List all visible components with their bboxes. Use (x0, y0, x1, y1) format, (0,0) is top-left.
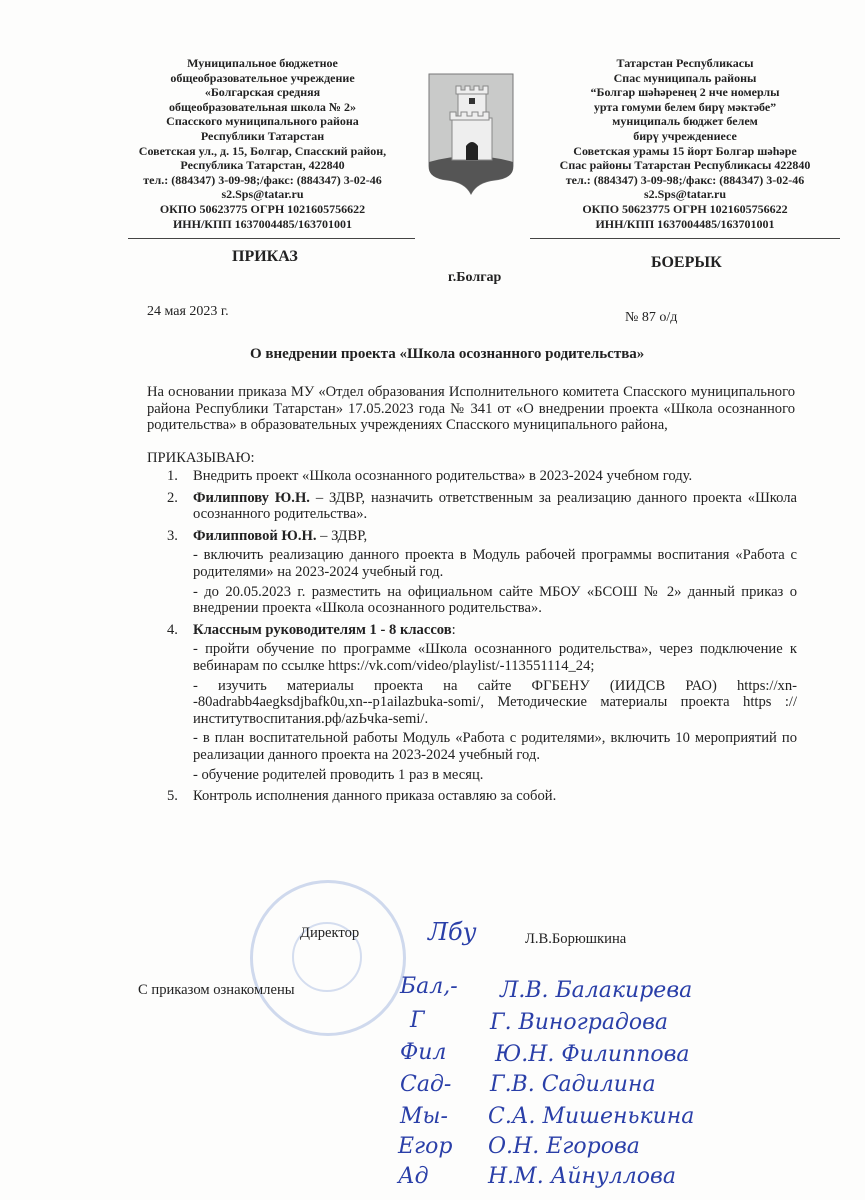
header-left-block: Муниципальное бюджетное общеобразователь… (125, 56, 400, 231)
ack-initials: Ад (398, 1164, 429, 1189)
order-item: 2. Филиппову Ю.Н. – ЗДВР, назначить отве… (147, 490, 797, 523)
header-left-line: Спасского муниципального района (125, 114, 400, 129)
header-left-line: Муниципальное бюджетное (125, 56, 400, 71)
header-left-divider (128, 238, 415, 239)
ack-initials: Егор (398, 1134, 453, 1159)
header-right-line: Спас районы Татарстан Республикасы 42284… (535, 158, 835, 173)
header-left-line: общеобразовательная школа № 2» (125, 100, 400, 115)
header-right-line: ИНН/КПП 1637004485/163701001 (535, 217, 835, 232)
order-items: 1. Внедрить проект «Школа осознанного ро… (147, 468, 797, 810)
item-text: Внедрить проект «Школа осознанного родит… (193, 468, 692, 484)
header-right-line: урта гомуми белем бирү мәктәбе” (535, 100, 835, 115)
order-item: 5. Контроль исполнения данного приказа о… (147, 788, 797, 805)
ack-name: О.Н. Егорова (488, 1134, 640, 1159)
item-number: 1. (167, 468, 178, 485)
director-role: Директор (300, 925, 359, 942)
ack-initials: Г (410, 1008, 425, 1033)
doc-number: № 87 о/д (625, 310, 677, 326)
ack-initials: Бал,- (400, 974, 458, 999)
item-subpoint: - в план воспитательной работы Модуль «Р… (193, 730, 797, 763)
item-responsible: Филиппову Ю.Н. (193, 490, 310, 506)
header-right-line: s2.Sps@tatar.ru (535, 187, 835, 202)
header-left-line: тел.: (884347) 3-09-98;/факс: (884347) 3… (125, 173, 400, 188)
header-right-line: муниципаль бюджет белем (535, 114, 835, 129)
header-right-block: Татарстан Республикасы Спас муниципаль р… (535, 56, 835, 231)
ack-name: Г. Виноградова (490, 1010, 668, 1035)
coat-of-arms-icon (425, 70, 517, 198)
header-right-line: ОКПО 50623775 ОГРН 1021605756622 (535, 202, 835, 217)
header-left-line: общеобразовательное учреждение (125, 71, 400, 86)
item-text: – ЗДВР, (317, 528, 368, 544)
item-number: 5. (167, 788, 178, 805)
item-subpoint: - до 20.05.2023 г. разместить на официал… (193, 584, 797, 617)
director-name: Л.В.Борюшкина (525, 931, 626, 948)
item-number: 2. (167, 490, 178, 507)
ack-name: Н.М. Айнуллова (488, 1164, 676, 1189)
doc-date: 24 мая 2023 г. (147, 304, 229, 320)
ack-initials: Фил (400, 1040, 446, 1065)
ack-name: Л.В. Балакирева (500, 978, 692, 1003)
doc-type-tt: БОЕРЫК (651, 254, 722, 272)
doc-title: О внедрении проекта «Школа осознанного р… (250, 346, 644, 363)
ack-name: Г.В. Садилина (490, 1072, 656, 1097)
order-item: 1. Внедрить проект «Школа осознанного ро… (147, 468, 797, 485)
doc-type-ru: ПРИКАЗ (232, 248, 298, 266)
item-text: Контроль исполнения данного приказа оста… (193, 788, 556, 804)
doc-order-word: ПРИКАЗЫВАЮ: (147, 450, 255, 467)
header-left-line: ИНН/КПП 1637004485/163701001 (125, 217, 400, 232)
ack-name: Ю.Н. Филиппова (495, 1042, 690, 1067)
item-responsible: Филипповой Ю.Н. (193, 528, 317, 544)
item-subpoint: - обучение родителей проводить 1 раз в м… (193, 767, 797, 784)
item-subpoint: - пройти обучение по программе «Школа ос… (193, 641, 797, 674)
item-subpoint: - изучить материалы проекта на сайте ФГБ… (193, 678, 797, 728)
header-left-line: «Болгарская средняя (125, 85, 400, 100)
ack-initials: Сад- (400, 1072, 451, 1097)
acknowledgement-label: С приказом ознакомлены (138, 982, 295, 999)
header-left-line: ОКПО 50623775 ОГРН 1021605756622 (125, 202, 400, 217)
header-left-line: Республика Татарстан, 422840 (125, 158, 400, 173)
item-number: 3. (167, 528, 178, 545)
header-right-line: тел.: (884347) 3-09-98;/факс: (884347) 3… (535, 173, 835, 188)
header-right-divider (530, 238, 840, 239)
order-item: 3. Филипповой Ю.Н. – ЗДВР, - включить ре… (147, 528, 797, 617)
header-left-line: s2.Sps@tatar.ru (125, 187, 400, 202)
director-signature: Лбу (428, 918, 477, 946)
header-left-line: Республики Татарстан (125, 129, 400, 144)
order-item: 4. Классным руководителям 1 - 8 классов:… (147, 622, 797, 783)
doc-city: г.Болгар (448, 270, 501, 286)
ack-name: С.А. Мишенькина (488, 1104, 694, 1129)
document-page: Муниципальное бюджетное общеобразователь… (0, 0, 865, 1200)
ack-initials: Мы- (400, 1104, 448, 1129)
header-right-line: Советская урамы 15 йорт Болгар шәһәре (535, 144, 835, 159)
doc-preamble: На основании приказа МУ «Отдел образован… (147, 384, 795, 434)
header-right-line: бирү учреждениесе (535, 129, 835, 144)
header-left-line: Советская ул., д. 15, Болгар, Спасский р… (125, 144, 400, 159)
header-right-line: Татарстан Республикасы (535, 56, 835, 71)
header-right-line: Спас муниципаль районы (535, 71, 835, 86)
item-responsible: Классным руководителям 1 - 8 классов (193, 622, 452, 638)
item-subpoint: - включить реализацию данного проекта в … (193, 547, 797, 580)
header-right-line: “Болгар шәһәренең 2 нче номерлы (535, 85, 835, 100)
item-number: 4. (167, 622, 178, 639)
item-text: : (452, 622, 456, 638)
